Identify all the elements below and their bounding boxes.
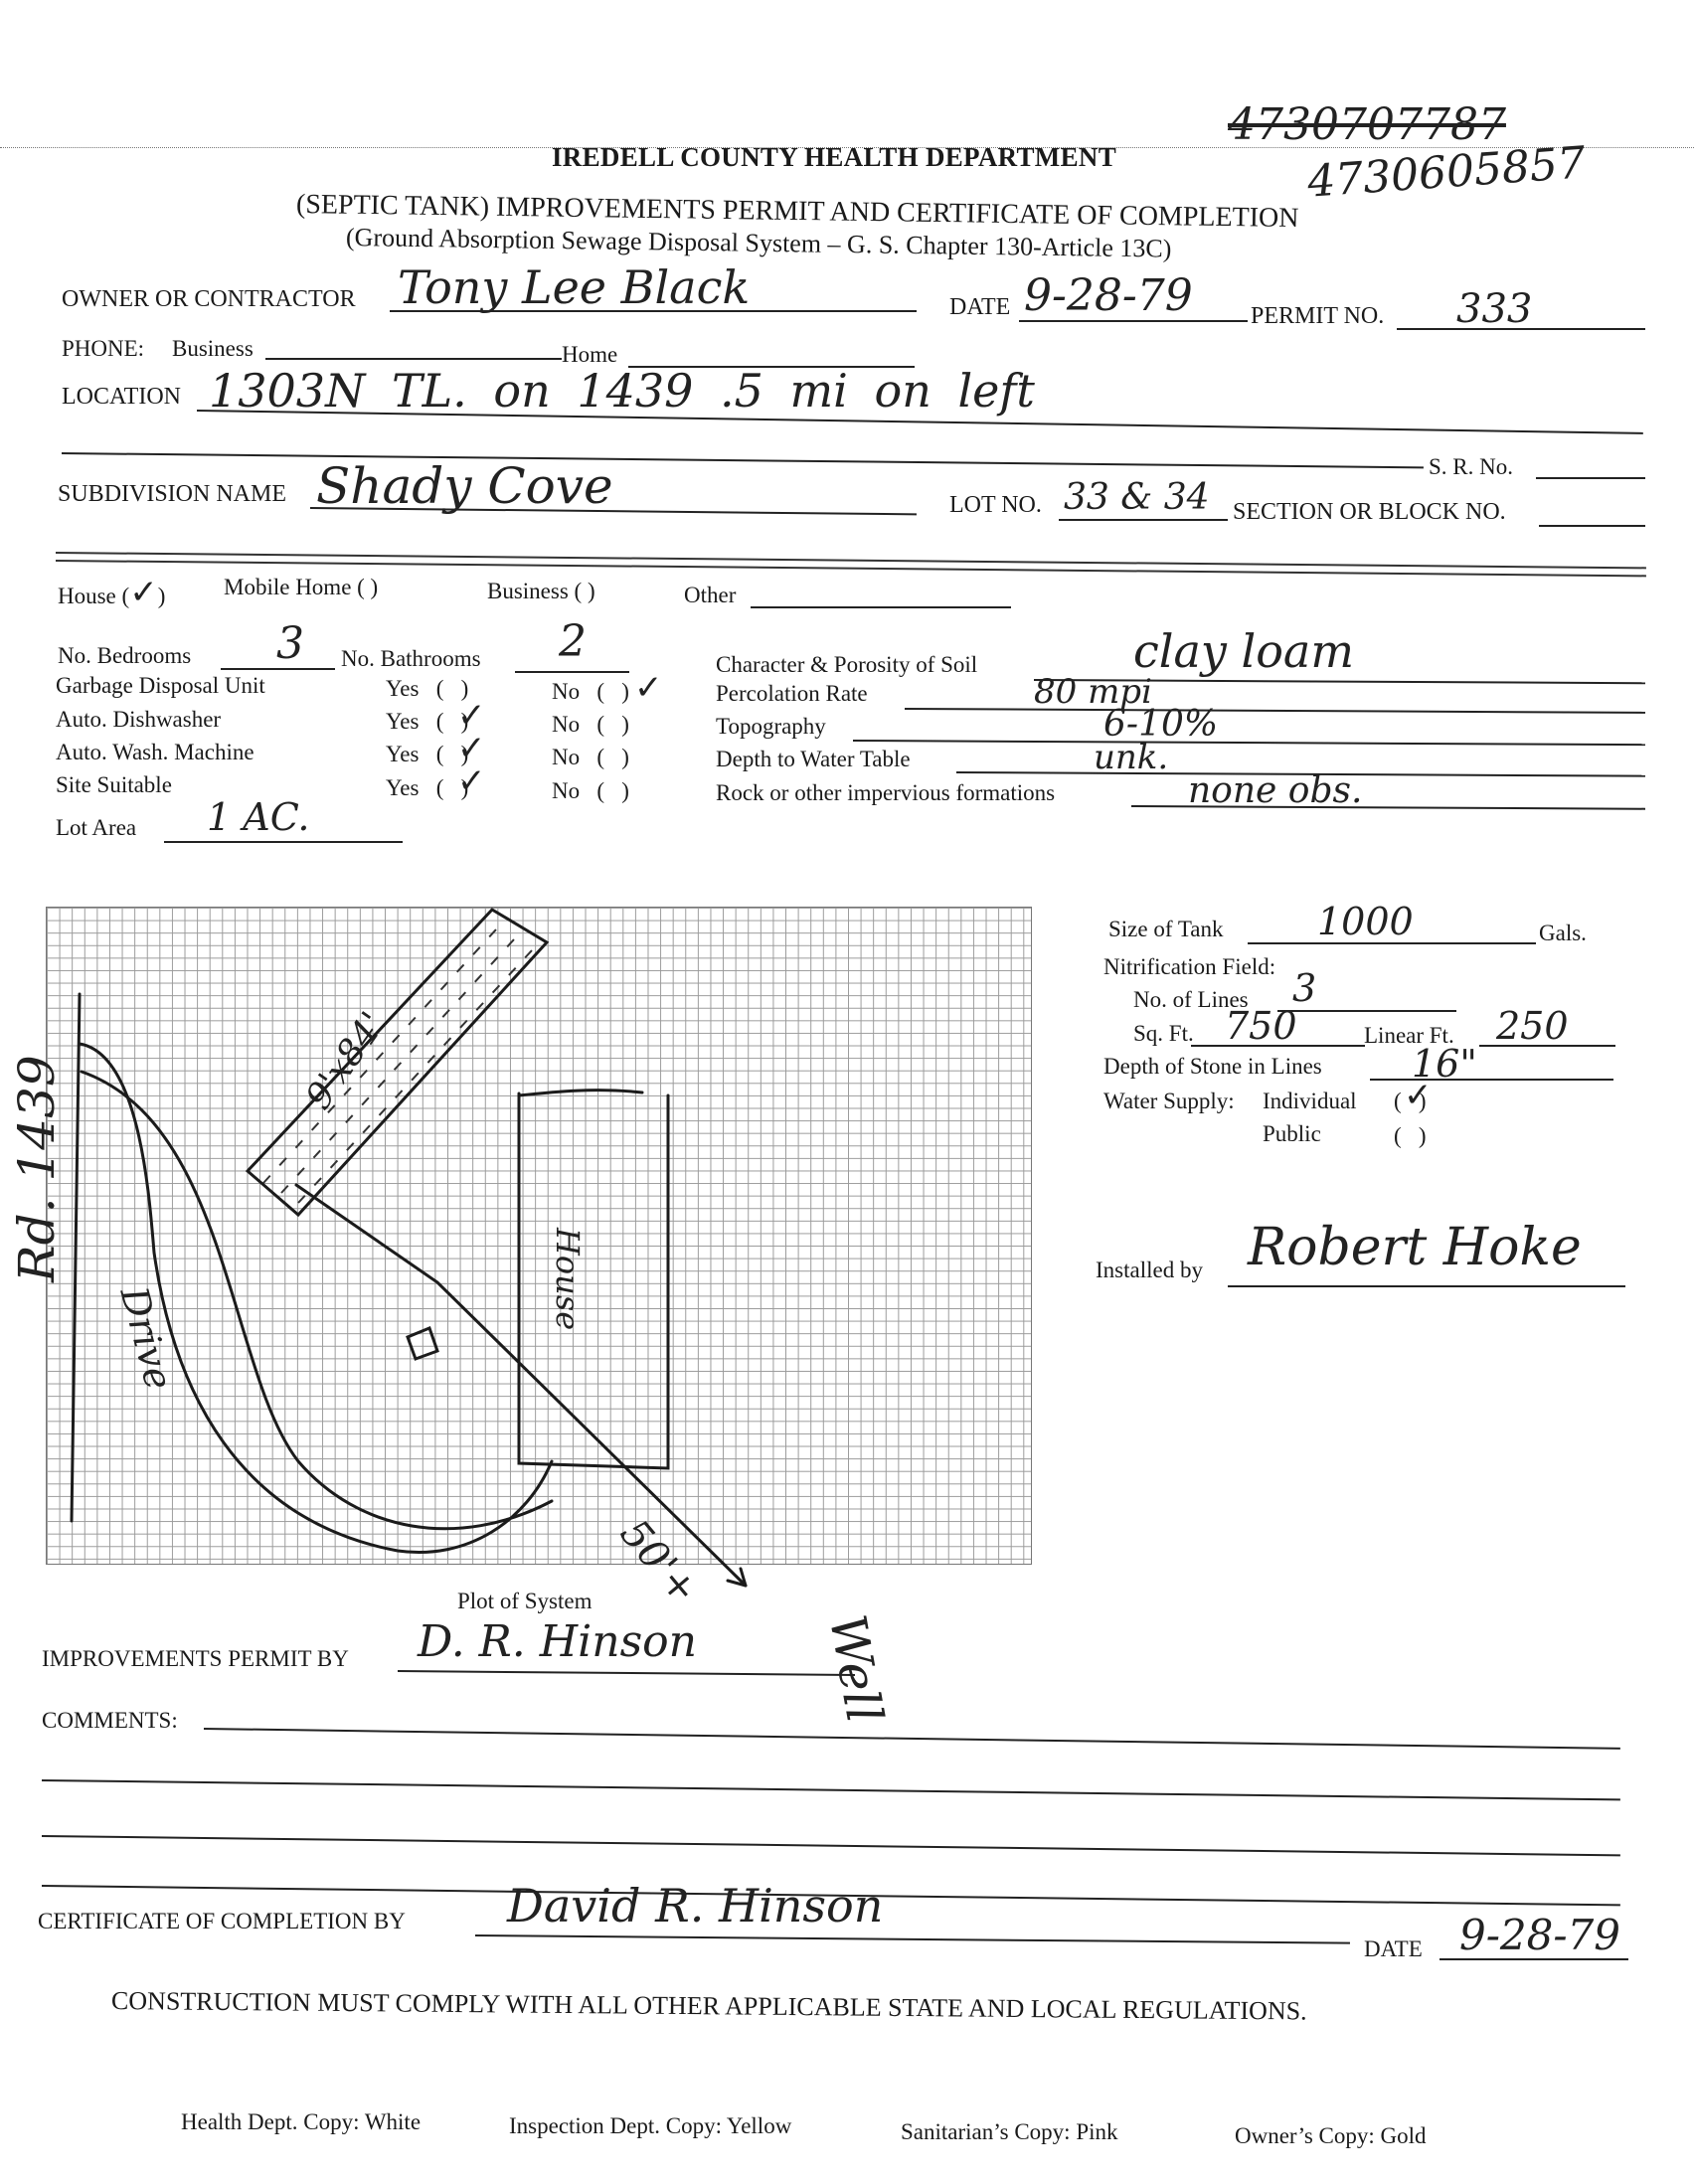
water-individual-label: Individual [1263,1089,1357,1114]
nitrification-label: Nitrification Field: [1103,954,1275,980]
lines-line [1277,1010,1456,1012]
check-mark-icon: ✓ [1404,1076,1433,1115]
stone-label: Depth of Stone in Lines [1103,1054,1322,1080]
septic-tank [408,1328,437,1359]
plot-sketch [0,0,1694,2184]
comments-label: COMMENTS: [42,1708,178,1734]
copy-pink: Sanitarian’s Copy: Pink [901,2119,1118,2145]
tank-size-label: Size of Tank [1108,917,1224,942]
certificate-label: CERTIFICATE OF COMPLETION BY [38,1909,406,1934]
certificate-date-value[interactable]: 9-28-79 [1459,1911,1620,1959]
nitrification-field [248,910,547,1215]
water-public-checkbox[interactable]: ( ) [1394,1123,1427,1149]
water-public-label: Public [1263,1121,1321,1147]
plot-house-label: House [549,1228,587,1330]
permit-by-label: IMPROVEMENTS PERMIT BY [42,1646,349,1672]
road-line [72,994,80,1521]
plot-caption: Plot of System [457,1589,592,1614]
installed-by-label: Installed by [1096,1258,1203,1283]
plot-road-label: Rd. 1439 [8,1055,66,1282]
water-supply-label: Water Supply: [1103,1089,1235,1114]
linear-value[interactable]: 250 [1496,1004,1569,1048]
tank-unit: Gals. [1539,921,1587,946]
permit-by-signature[interactable]: D. R. Hinson [418,1616,697,1667]
certificate-date-label: DATE [1364,1936,1423,1962]
certificate-signature[interactable]: David R. Hinson [507,1879,883,1932]
house-outline [519,1091,668,1468]
copy-gold: Owner’s Copy: Gold [1235,2123,1427,2149]
copy-yellow: Inspection Dept. Copy: Yellow [509,2113,791,2139]
sqft-value[interactable]: 750 [1225,1004,1297,1048]
installed-by-line [1228,1285,1625,1287]
installed-by-signature[interactable]: Robert Hoke [1248,1218,1582,1277]
copy-white: Health Dept. Copy: White [181,2109,421,2135]
sqft-label: Sq. Ft. [1133,1021,1194,1047]
tank-size-value[interactable]: 1000 [1317,900,1414,943]
